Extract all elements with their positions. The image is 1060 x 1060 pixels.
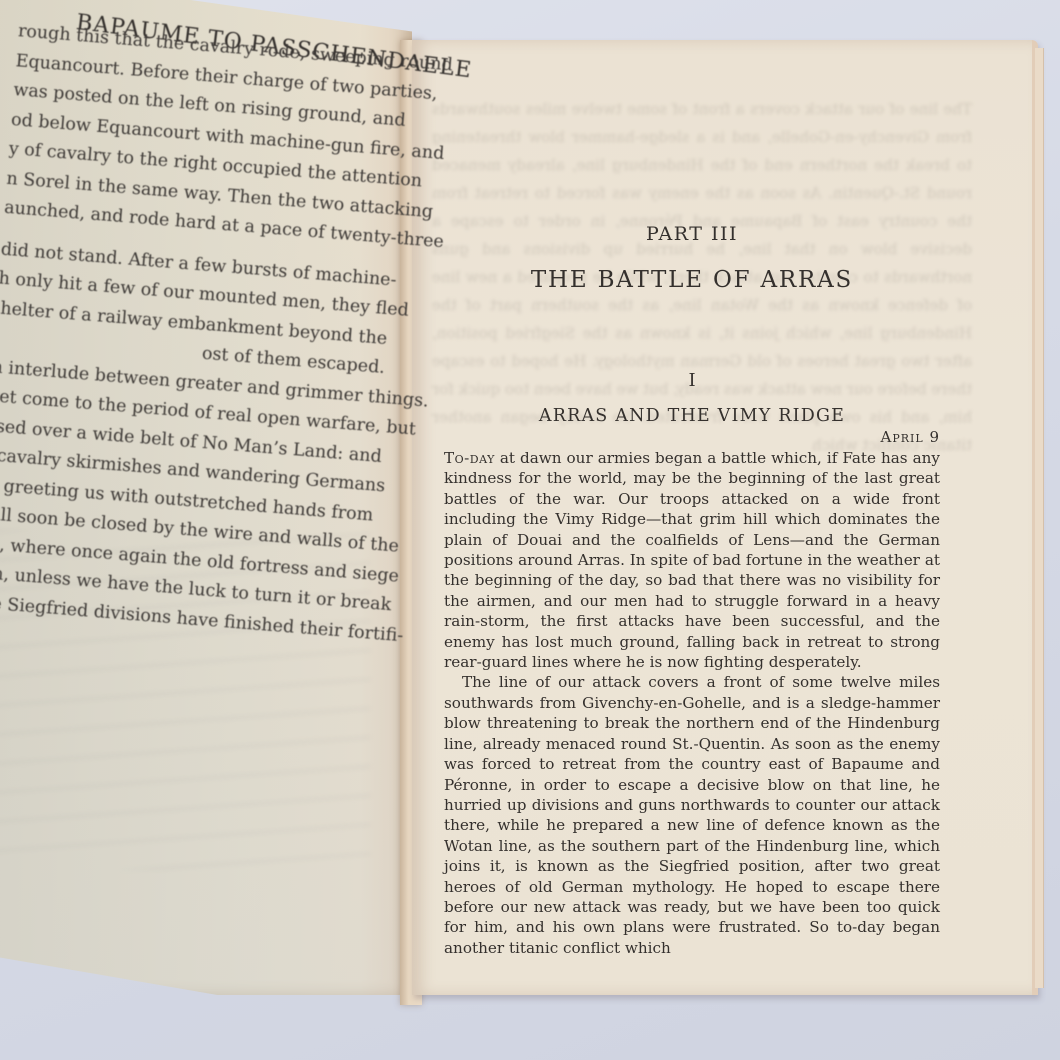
right-page: The line of our attack covers a front of… [412, 40, 1038, 995]
part-title: THE BATTLE OF ARRAS [444, 267, 940, 293]
chapter-title: ARRAS AND THE VIMY RIDGE [444, 406, 940, 426]
left-page-lines: rough this that the cavalry rode, sweepi… [0, 17, 410, 648]
paragraph: The line of our attack covers a front of… [444, 672, 940, 958]
paragraph: To-day at dawn our armies began a battle… [444, 448, 940, 672]
paragraph-lead: To-day [444, 449, 495, 467]
chapter-number: I [444, 370, 940, 391]
part-label: PART III [444, 223, 940, 245]
dateline: April 9 [881, 428, 940, 446]
body-text: To-day at dawn our armies began a battle… [444, 448, 940, 958]
paragraph-text: The line of our attack covers a front of… [444, 673, 940, 956]
paragraph-text: at dawn our armies began a battle which,… [444, 449, 940, 671]
book-photo: BAPAUME TO PASSCHENDAELE rough this that… [0, 0, 1060, 1060]
